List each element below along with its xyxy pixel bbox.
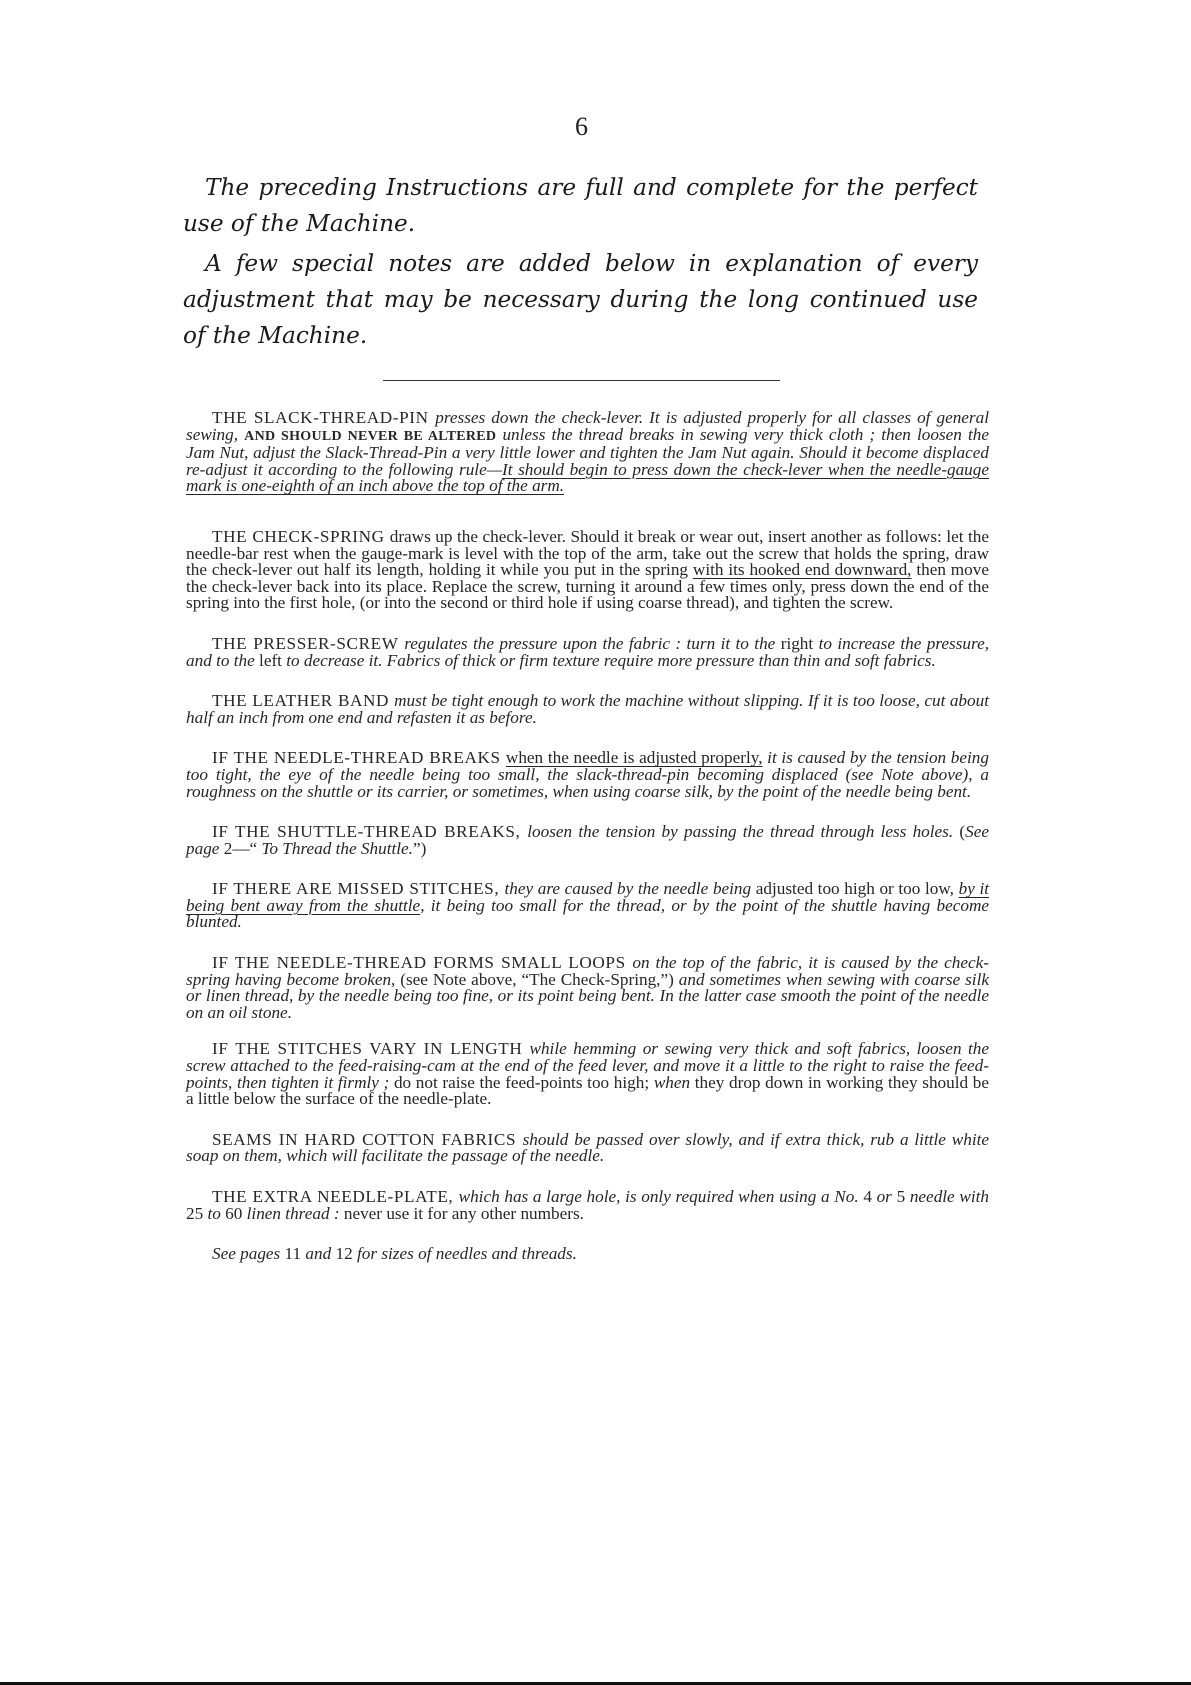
note-text: 2—“ xyxy=(224,839,257,858)
note-text: To Thread the Shuttle. xyxy=(257,839,413,858)
note-text: 25 xyxy=(186,1204,203,1223)
note-text: AND SHOULD NEVER BE ALTERED xyxy=(244,429,496,444)
note-text: and xyxy=(301,1244,335,1263)
note-see-pages: See pages 11 and 12 for sizes of needles… xyxy=(186,1246,989,1263)
note-text: See pages xyxy=(212,1244,285,1263)
note-text: 12 xyxy=(335,1244,352,1263)
note-needle-thread-breaks: IF THE NEEDLE-THREAD BREAKS when the nee… xyxy=(186,750,989,800)
note-text: ”) xyxy=(413,839,426,858)
note-text: when xyxy=(654,1073,690,1092)
note-text: never use it for any other numbers. xyxy=(340,1204,584,1223)
note-text: 11 xyxy=(285,1244,302,1263)
note-missed-stitches: IF THERE ARE MISSED STITCHES, they are c… xyxy=(186,881,989,931)
note-slack-thread-pin: THE SLACK-THREAD-PIN presses down the ch… xyxy=(186,410,989,495)
intro-paragraph-1: The preceding Instructions are full and … xyxy=(183,170,978,242)
intro-block: The preceding Instructions are full and … xyxy=(183,170,978,358)
note-heading: THE SLACK-THREAD-PIN xyxy=(212,408,435,427)
notes-list: THE SLACK-THREAD-PIN presses down the ch… xyxy=(186,410,989,1263)
intro-paragraph-2: A few special notes are added below in e… xyxy=(183,246,978,354)
note-text: or xyxy=(872,1187,897,1206)
note-seams-cotton: SEAMS IN HARD COTTON FABRICS should be p… xyxy=(186,1132,989,1165)
note-leather-band: THE LEATHER BAND must be tight enough to… xyxy=(186,693,989,726)
note-text: to xyxy=(203,1204,225,1223)
note-text: 60 xyxy=(225,1204,242,1223)
note-text: to decrease it. Fabrics of thick or firm… xyxy=(282,651,936,670)
note-text: for sizes of needles and threads. xyxy=(353,1244,577,1263)
note-text: loosen the tension by passing the thread… xyxy=(527,822,959,841)
note-text: left xyxy=(259,651,282,670)
note-text: 5 xyxy=(897,1187,906,1206)
note-extra-needle-plate: THE EXTRA NEEDLE-PLATE, which has a larg… xyxy=(186,1189,989,1222)
note-stitches-vary: IF THE STITCHES VARY IN LENGTH while hem… xyxy=(186,1041,989,1107)
note-small-loops: IF THE NEEDLE-THREAD FORMS SMALL LOOPS o… xyxy=(186,955,989,1021)
section-divider xyxy=(383,380,780,381)
note-check-spring: THE CHECK-SPRING draws up the check-leve… xyxy=(186,529,989,612)
note-text: needle with xyxy=(905,1187,989,1206)
note-presser-screw: THE PRESSER-SCREW regulates the pressure… xyxy=(186,636,989,669)
note-shuttle-thread-breaks: IF THE SHUTTLE-THREAD BREAKS, loosen the… xyxy=(186,824,989,857)
page-number: 6 xyxy=(0,112,1163,142)
note-text: 4 xyxy=(863,1187,872,1206)
note-text: linen thread : xyxy=(242,1204,339,1223)
